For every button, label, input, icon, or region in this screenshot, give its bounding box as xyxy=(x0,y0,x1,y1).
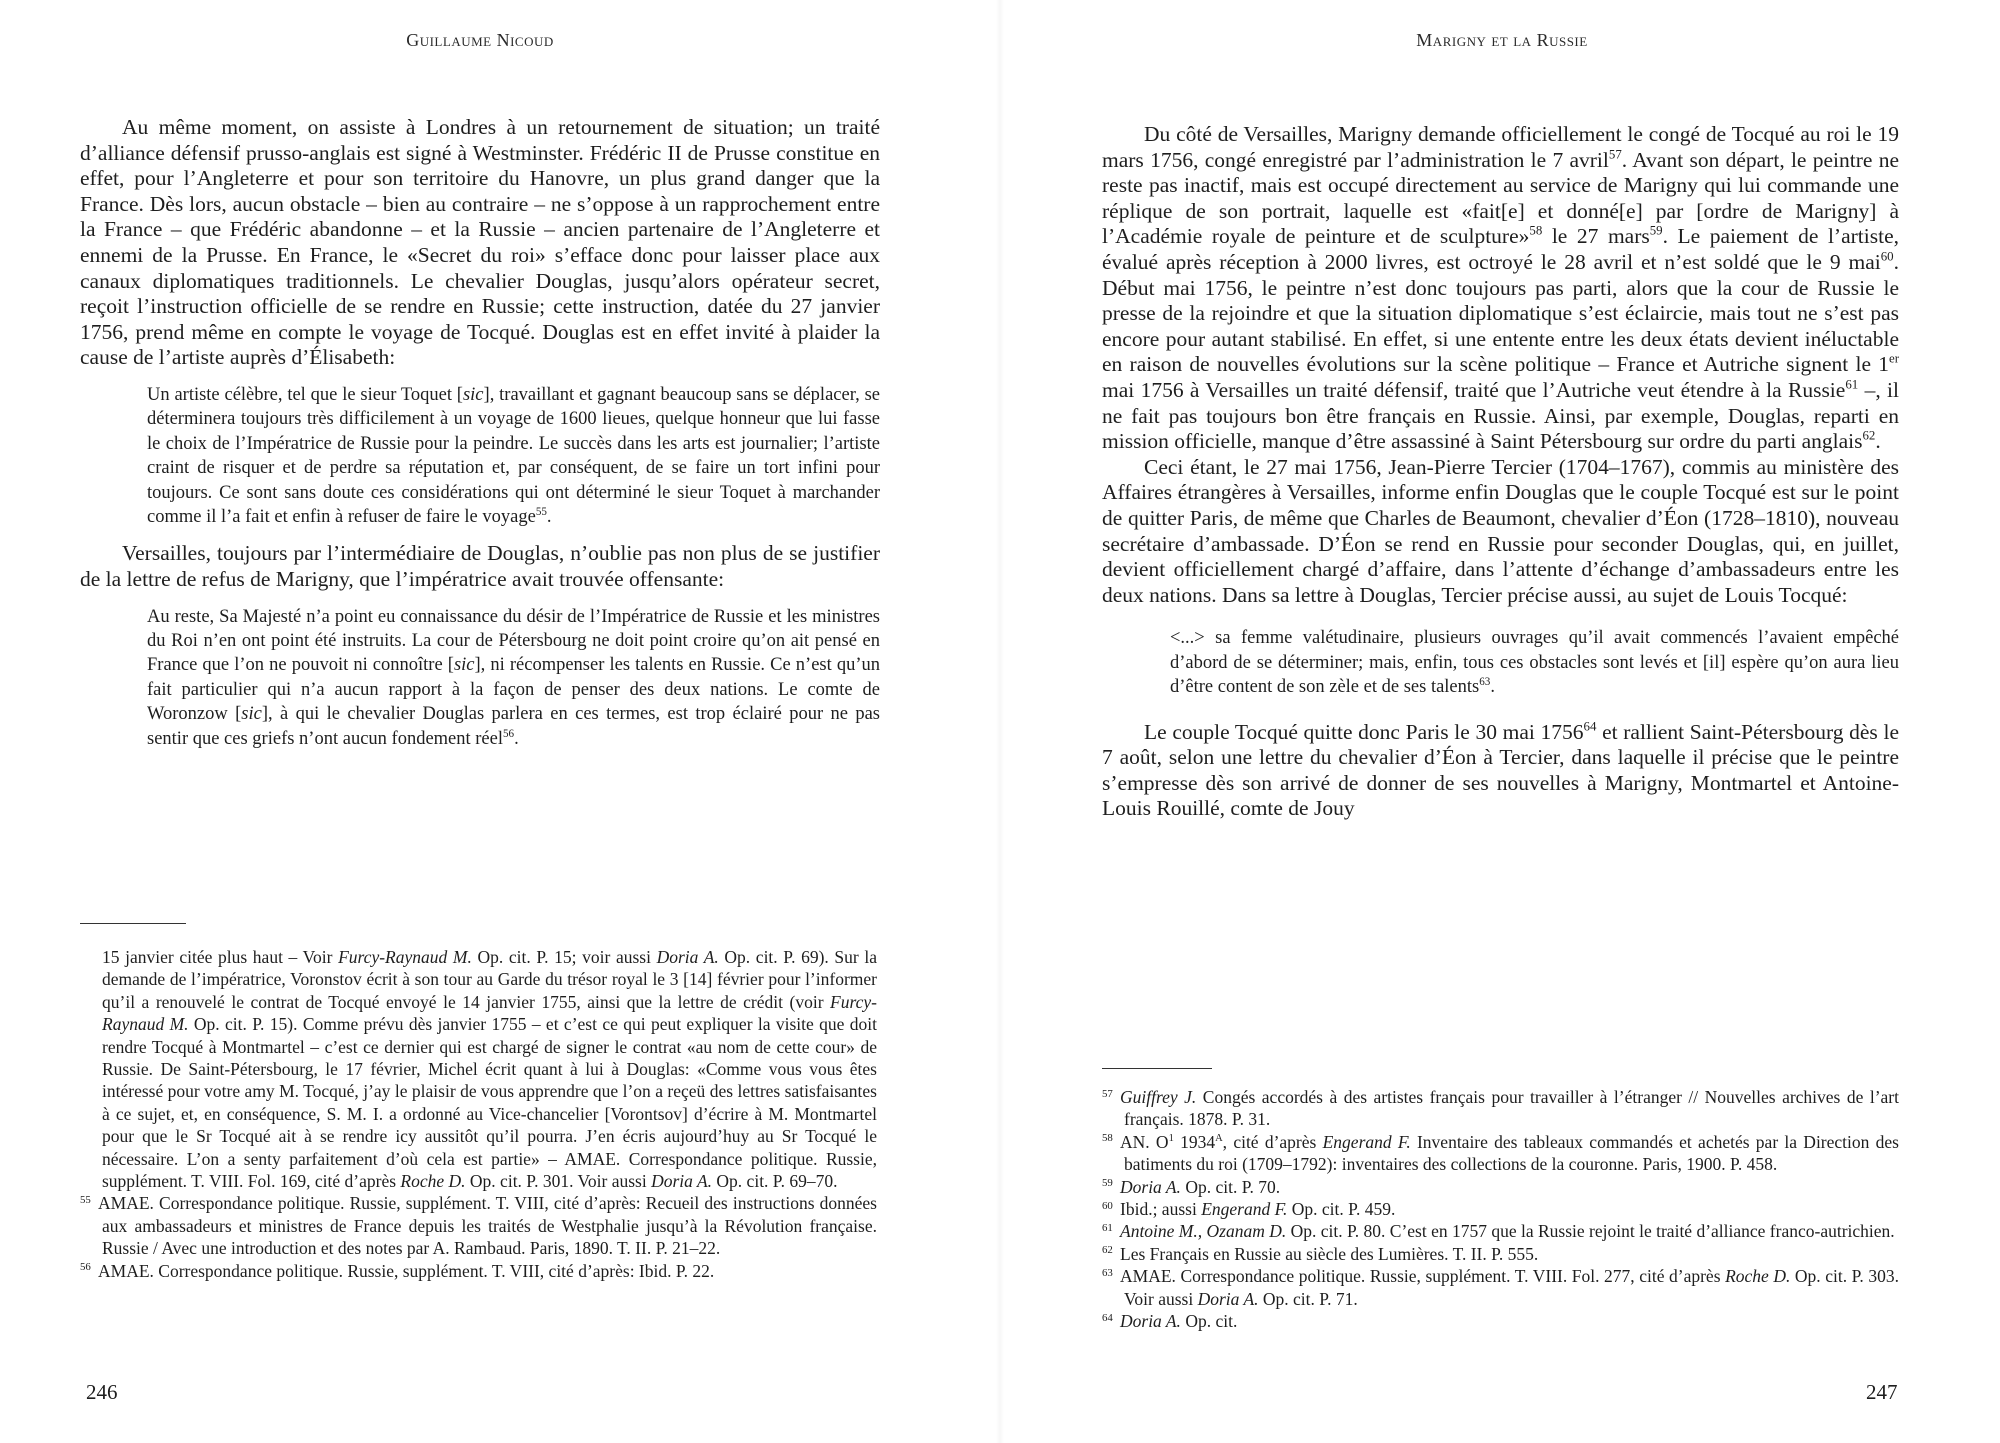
main-text-right: Du côté de Versailles, Marigny demande o… xyxy=(1102,122,1899,822)
fn-text: Op. cit. P. 459. xyxy=(1287,1199,1395,1219)
fn-author: Doria A. xyxy=(651,1171,712,1191)
fn-text: Op. cit. P. 15; voir aussi xyxy=(472,947,657,967)
quote-text: <...> sa femme valétudinaire, plusieurs … xyxy=(1170,628,1899,697)
fn-author: Doria A. xyxy=(657,947,719,967)
fn-text: AMAE. Correspondance politique. Russie, … xyxy=(1120,1266,1725,1286)
right-page: Marigny et la Russie Du côté de Versaill… xyxy=(1000,0,2000,1443)
para-text: . xyxy=(1875,429,1880,453)
fn-text: AMAE. Correspondance politique. Russie, … xyxy=(98,1193,877,1258)
fn-author: Engerand F. xyxy=(1201,1199,1287,1219)
fn-text: Ibid.; aussi xyxy=(1120,1199,1201,1219)
fn-author: Roche D. xyxy=(1725,1266,1790,1286)
page-number: 247 xyxy=(1866,1380,1898,1405)
fn-text: Les Français en Russie au siècle des Lum… xyxy=(1120,1244,1538,1264)
footnote-56: 56AMAE. Correspondance politique. Russie… xyxy=(80,1260,877,1282)
fn-author: Doria A. xyxy=(1120,1177,1181,1197)
footnote-57: 57Guiffrey J. Congés accordés à des arti… xyxy=(1102,1086,1899,1131)
footnote-ref[interactable]: 64 xyxy=(1584,719,1597,733)
footnote-ref[interactable]: 56 xyxy=(503,727,514,739)
fn-text: Op. cit. P. 80. C’est en 1757 que la Rus… xyxy=(1286,1221,1894,1241)
fn-text: 1934 xyxy=(1174,1132,1215,1152)
fn-text: Op. cit. P. 70. xyxy=(1181,1177,1280,1197)
running-head-title: Marigny et la Russie xyxy=(1102,30,1902,51)
block-quote: Un artiste célèbre, tel que le sieur Toq… xyxy=(147,383,880,529)
fn-text: Op. cit. P. 71. xyxy=(1259,1289,1358,1309)
fn-text: Op. cit. xyxy=(1181,1311,1237,1331)
fn-text: Op. cit. P. 15). Comme prévu dès janvier… xyxy=(102,1014,877,1191)
para-text: mai 1756 à Versailles un traité défensif… xyxy=(1102,378,1845,402)
footnote-59: 59Doria A. Op. cit. P. 70. xyxy=(1102,1176,1899,1198)
paragraph: Versailles, toujours par l’intermédiaire… xyxy=(80,541,880,592)
footnote-55: 55AMAE. Correspondance politique. Russie… xyxy=(80,1192,877,1259)
footnote-62: 62Les Français en Russie au siècle des L… xyxy=(1102,1243,1899,1265)
footnote-continued: 15 janvier citée plus haut – Voir Furcy-… xyxy=(80,946,877,1192)
footnote-63: 63AMAE. Correspondance politique. Russie… xyxy=(1102,1265,1899,1310)
paragraph: Au même moment, on assiste à Londres à u… xyxy=(80,115,880,371)
footnote-ref[interactable]: 63 xyxy=(1479,676,1490,688)
footnote-ref[interactable]: 62 xyxy=(1862,429,1875,443)
para-text: le 27 mars xyxy=(1542,224,1649,248)
fn-author: Furcy-Raynaud M. xyxy=(338,947,472,967)
left-page: Guillaume Nicoud Au même moment, on assi… xyxy=(0,0,1000,1443)
fn-author: Guiffrey J. xyxy=(1120,1087,1196,1107)
ordinal-suffix: er xyxy=(1889,352,1899,366)
footnote-58: 58AN. O1 1934A, cité d’après Engerand F.… xyxy=(1102,1131,1899,1176)
sic-mark: sic xyxy=(241,704,262,724)
paragraph: Du côté de Versailles, Marigny demande o… xyxy=(1102,122,1899,455)
footnote-ref[interactable]: 58 xyxy=(1529,224,1542,238)
fn-author: Antoine M., Ozanam D. xyxy=(1120,1221,1286,1241)
page-number: 246 xyxy=(86,1380,118,1405)
block-quote: <...> sa femme valétudinaire, plusieurs … xyxy=(1170,626,1899,699)
fn-text: , cité d’après xyxy=(1223,1132,1323,1152)
footnote-ref[interactable]: 60 xyxy=(1881,250,1894,264)
running-head-author: Guillaume Nicoud xyxy=(80,30,880,51)
paragraph: Ceci étant, le 27 mai 1756, Jean-Pierre … xyxy=(1102,455,1899,609)
footnotes-left: 15 janvier citée plus haut – Voir Furcy-… xyxy=(80,923,877,1282)
superscript: A xyxy=(1215,1133,1223,1144)
fn-author: Engerand F. xyxy=(1323,1132,1411,1152)
footnote-rule xyxy=(80,923,186,924)
fn-author: Roche D. xyxy=(400,1171,465,1191)
fn-text: Op. cit. P. 301. Voir aussi xyxy=(466,1171,652,1191)
sic-mark: sic xyxy=(454,655,475,675)
para-text: Le couple Tocqué quitte donc Paris le 30… xyxy=(1144,720,1584,744)
quote-text: . xyxy=(1490,677,1495,697)
footnote-rule xyxy=(1102,1068,1212,1069)
footnote-ref[interactable]: 55 xyxy=(536,506,547,518)
sic-mark: sic xyxy=(463,385,484,405)
footnote-ref[interactable]: 57 xyxy=(1609,147,1622,161)
quote-text: ], travaillant et gagnant beaucoup sans … xyxy=(147,385,880,527)
block-quote: Au reste, Sa Majesté n’a point eu connai… xyxy=(147,605,880,751)
quote-text: Un artiste célèbre, tel que le sieur Toq… xyxy=(147,385,463,405)
fn-author: Doria A. xyxy=(1120,1311,1181,1331)
fn-text: AMAE. Correspondance politique. Russie, … xyxy=(98,1261,714,1281)
fn-text: Op. cit. P. 69–70. xyxy=(712,1171,837,1191)
quote-text: . xyxy=(547,507,552,527)
footnote-61: 61Antoine M., Ozanam D. Op. cit. P. 80. … xyxy=(1102,1220,1899,1242)
footnotes-right: 57Guiffrey J. Congés accordés à des arti… xyxy=(1102,1068,1899,1332)
main-text-left: Au même moment, on assiste à Londres à u… xyxy=(80,115,880,763)
fn-text: 15 janvier citée plus haut – Voir xyxy=(102,947,338,967)
footnote-ref[interactable]: 59 xyxy=(1650,224,1663,238)
fn-text: Congés accordés à des artistes français … xyxy=(1124,1087,1899,1129)
footnote-64: 64Doria A. Op. cit. xyxy=(1102,1310,1899,1332)
fn-text: AN. O xyxy=(1120,1132,1169,1152)
footnote-60: 60Ibid.; aussi Engerand F. Op. cit. P. 4… xyxy=(1102,1198,1899,1220)
paragraph: Le couple Tocqué quitte donc Paris le 30… xyxy=(1102,720,1899,822)
quote-text: . xyxy=(514,729,519,749)
footnote-ref[interactable]: 61 xyxy=(1845,378,1858,392)
fn-author: Doria A. xyxy=(1198,1289,1259,1309)
